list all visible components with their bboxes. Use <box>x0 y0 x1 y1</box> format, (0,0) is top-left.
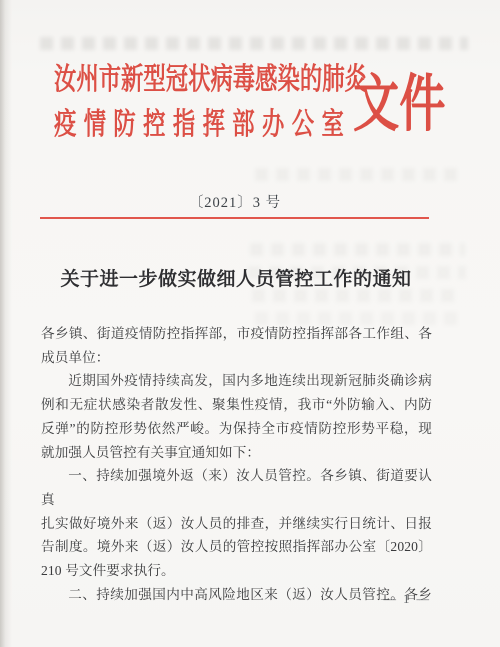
document-body: 各乡镇、街道疫情防控指挥部，市疫情防控指挥部各工作组、各 成员单位： 近期国外疫… <box>41 322 432 606</box>
body-line: 反弹”的防控形势依然严峻。为保持全市疫情防控形势平稳，现 <box>41 417 432 441</box>
bleedthrough-artifact <box>250 243 465 256</box>
page-number: — 1 — <box>384 592 432 607</box>
body-line: 近期国外疫情持续高发，国内多地连续出现新冠肺炎确诊病 <box>41 369 432 393</box>
letterhead-line2: 疫情防控指挥部办公室 <box>54 109 344 141</box>
scan-edge-shadow <box>0 0 12 647</box>
document-page: 汝州市新型冠状病毒感染的肺炎 疫情防控指挥部办公室 文件 〔2021〕3 号 关… <box>0 0 500 647</box>
body-line: 告制度。境外来（返）汝人员的管控按照指挥部办公室〔2020〕 <box>41 535 432 559</box>
body-line: 扎实做好境外来（返）汝人员的排查，并继续实行日统计、日报 <box>41 512 432 536</box>
red-divider-line <box>40 217 429 219</box>
document-number: 〔2021〕3 号 <box>40 191 430 212</box>
body-line: 就加强人员管控有关事宜通知如下： <box>41 441 432 465</box>
body-line: 210 号文件要求执行。 <box>41 559 432 583</box>
body-line: 二、持续加强国内中高风险地区来（返）汝人员管控。各乡 <box>41 583 432 607</box>
letterhead-agency-name: 汝州市新型冠状病毒感染的肺炎 疫情防控指挥部办公室 <box>54 64 367 141</box>
letterhead-doctype: 文件 <box>353 74 445 136</box>
bleedthrough-artifact <box>40 37 468 50</box>
letterhead-line1: 汝州市新型冠状病毒感染的肺炎 <box>54 64 367 96</box>
body-line: 各乡镇、街道疫情防控指挥部，市疫情防控指挥部各工作组、各 <box>41 322 432 346</box>
body-line: 成员单位： <box>41 346 432 370</box>
bleedthrough-artifact <box>255 168 465 181</box>
body-line: 例和无症状感染者散发性、聚集性疫情，我市“外防输入、内防 <box>41 393 432 417</box>
body-line: 一、持续加强境外返（来）汝人员管控。各乡镇、街道要认真 <box>41 464 432 511</box>
document-title: 关于进一步做实做细人员管控工作的通知 <box>40 266 432 293</box>
